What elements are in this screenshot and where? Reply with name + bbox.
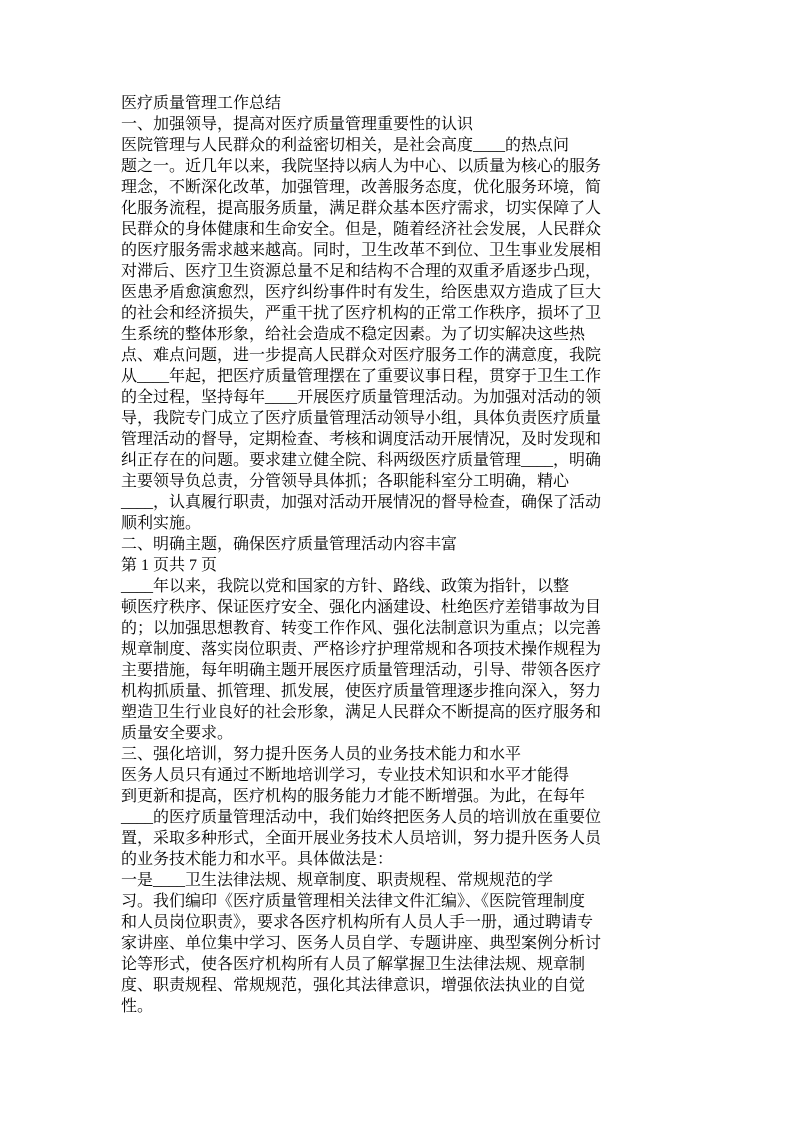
section-heading-2: 二、明确主题，确保医疗质量管理活动内容丰富: [121, 534, 641, 555]
text-line: 论等形式，使各医疗机构所有人员了解掌握卫生法律法规、规章制: [121, 954, 641, 975]
text-line: 理念，不断深化改革，加强管理，改善服务态度，优化服务环境，简: [121, 177, 641, 198]
text-line: 主要领导负总责，分管领导具体抓；各职能科室分工明确，精心: [121, 471, 641, 492]
text-line: 规章制度、落实岗位职责、严格诊疗护理常规和各项技术操作规程为: [121, 639, 641, 660]
document-title: 医疗质量管理工作总结: [121, 93, 641, 114]
text-line: 的；以加强思想教育、转变工作作风、强化法制意识为重点；以完善: [121, 618, 641, 639]
text-line: 和人员岗位职责》，要求各医疗机构所有人员人手一册，通过聘请专: [121, 912, 641, 933]
text-line: 对滞后、医疗卫生资源总量不足和结构不合理的双重矛盾逐步凸现，: [121, 261, 641, 282]
text-line: 的医疗服务需求越来越高。同时，卫生改革不到位、卫生事业发展相: [121, 240, 641, 261]
section-heading-1: 一、加强领导，提高对医疗质量管理重要性的认识: [121, 114, 641, 135]
text-line: 的业务技术能力和水平。具体做法是：: [121, 849, 641, 870]
text-line: 度、职责规程、常规规范，强化其法律意识，增强依法执业的自觉: [121, 975, 641, 996]
text-line: ____年以来，我院以党和国家的方针、路线、政策为指针，以整: [121, 576, 641, 597]
text-line: 导，我院专门成立了医疗质量管理活动领导小组，具体负责医疗质量: [121, 408, 641, 429]
text-line: 顿医疗秩序、保证医疗安全、强化内涵建设、杜绝医疗差错事故为目: [121, 597, 641, 618]
text-line: ____的医疗质量管理活动中，我们始终把医务人员的培训放在重要位: [121, 807, 641, 828]
text-line: 从____年起，把医疗质量管理摆在了重要议事日程，贯穿于卫生工作: [121, 366, 641, 387]
text-line: 纠正存在的问题。要求建立健全院、科两级医疗质量管理____，明确: [121, 450, 641, 471]
text-line: 医患矛盾愈演愈烈，医疗纠纷事件时有发生，给医患双方造成了巨大: [121, 282, 641, 303]
text-line: 置，采取多种形式，全面开展业务技术人员培训，努力提升医务人员: [121, 828, 641, 849]
text-line: 的社会和经济损失，严重干扰了医疗机构的正常工作秩序，损坏了卫: [121, 303, 641, 324]
text-line: 题之一。近几年以来，我院坚持以病人为中心、以质量为核心的服务: [121, 156, 641, 177]
page-background: 医疗质量管理工作总结一、加强领导，提高对医疗质量管理重要性的认识医院管理与人民群…: [0, 0, 793, 1122]
text-line: 医院管理与人民群众的利益密切相关，是社会高度____的热点问: [121, 135, 641, 156]
text-line: 医务人员只有通过不断地培训学习，专业技术知识和水平才能得: [121, 765, 641, 786]
text-line: 主要措施，每年明确主题开展医疗质量管理活动，引导、带领各医疗: [121, 660, 641, 681]
text-line: 到更新和提高，医疗机构的服务能力才能不断增强。为此，在每年: [121, 786, 641, 807]
text-line: 家讲座、单位集中学习、医务人员自学、专题讲座、典型案例分析讨: [121, 933, 641, 954]
text-line: 管理活动的督导，定期检查、考核和调度活动开展情况，及时发现和: [121, 429, 641, 450]
text-line: 质量安全要求。: [121, 723, 641, 744]
text-line: 顺利实施。: [121, 513, 641, 534]
text-line: 生系统的整体形象，给社会造成不稳定因素。为了切实解决这些热: [121, 324, 641, 345]
text-line: 的全过程，坚持每年____开展医疗质量管理活动。为加强对活动的领: [121, 387, 641, 408]
text-line: ____，认真履行职责，加强对活动开展情况的督导检查，确保了活动: [121, 492, 641, 513]
document-text-block: 医疗质量管理工作总结一、加强领导，提高对医疗质量管理重要性的认识医院管理与人民群…: [121, 93, 641, 1017]
text-line: 民群众的身体健康和生命安全。但是，随着经济社会发展，人民群众: [121, 219, 641, 240]
text-line: 习。我们编印《医疗质量管理相关法律文件汇编》、《医院管理制度: [121, 891, 641, 912]
text-line: 点、难点问题，进一步提高人民群众对医疗服务工作的满意度，我院: [121, 345, 641, 366]
text-line: 一是____卫生法律法规、规章制度、职责规程、常规规范的学: [121, 870, 641, 891]
text-line: 化服务流程，提高服务质量，满足群众基本医疗需求，切实保障了人: [121, 198, 641, 219]
text-line: 性。: [121, 996, 641, 1017]
document-page: { "document": { "title": "医疗质量管理工作总结", "…: [0, 0, 793, 1122]
text-line: 机构抓质量、抓管理、抓发展，使医疗质量管理逐步推向深入，努力: [121, 681, 641, 702]
text-line: 塑造卫生行业良好的社会形象，满足人民群众不断提高的医疗服务和: [121, 702, 641, 723]
section-heading-3: 三、强化培训，努力提升医务人员的业务技术能力和水平: [121, 744, 641, 765]
page-indicator: 第 1 页共 7 页: [121, 555, 641, 576]
